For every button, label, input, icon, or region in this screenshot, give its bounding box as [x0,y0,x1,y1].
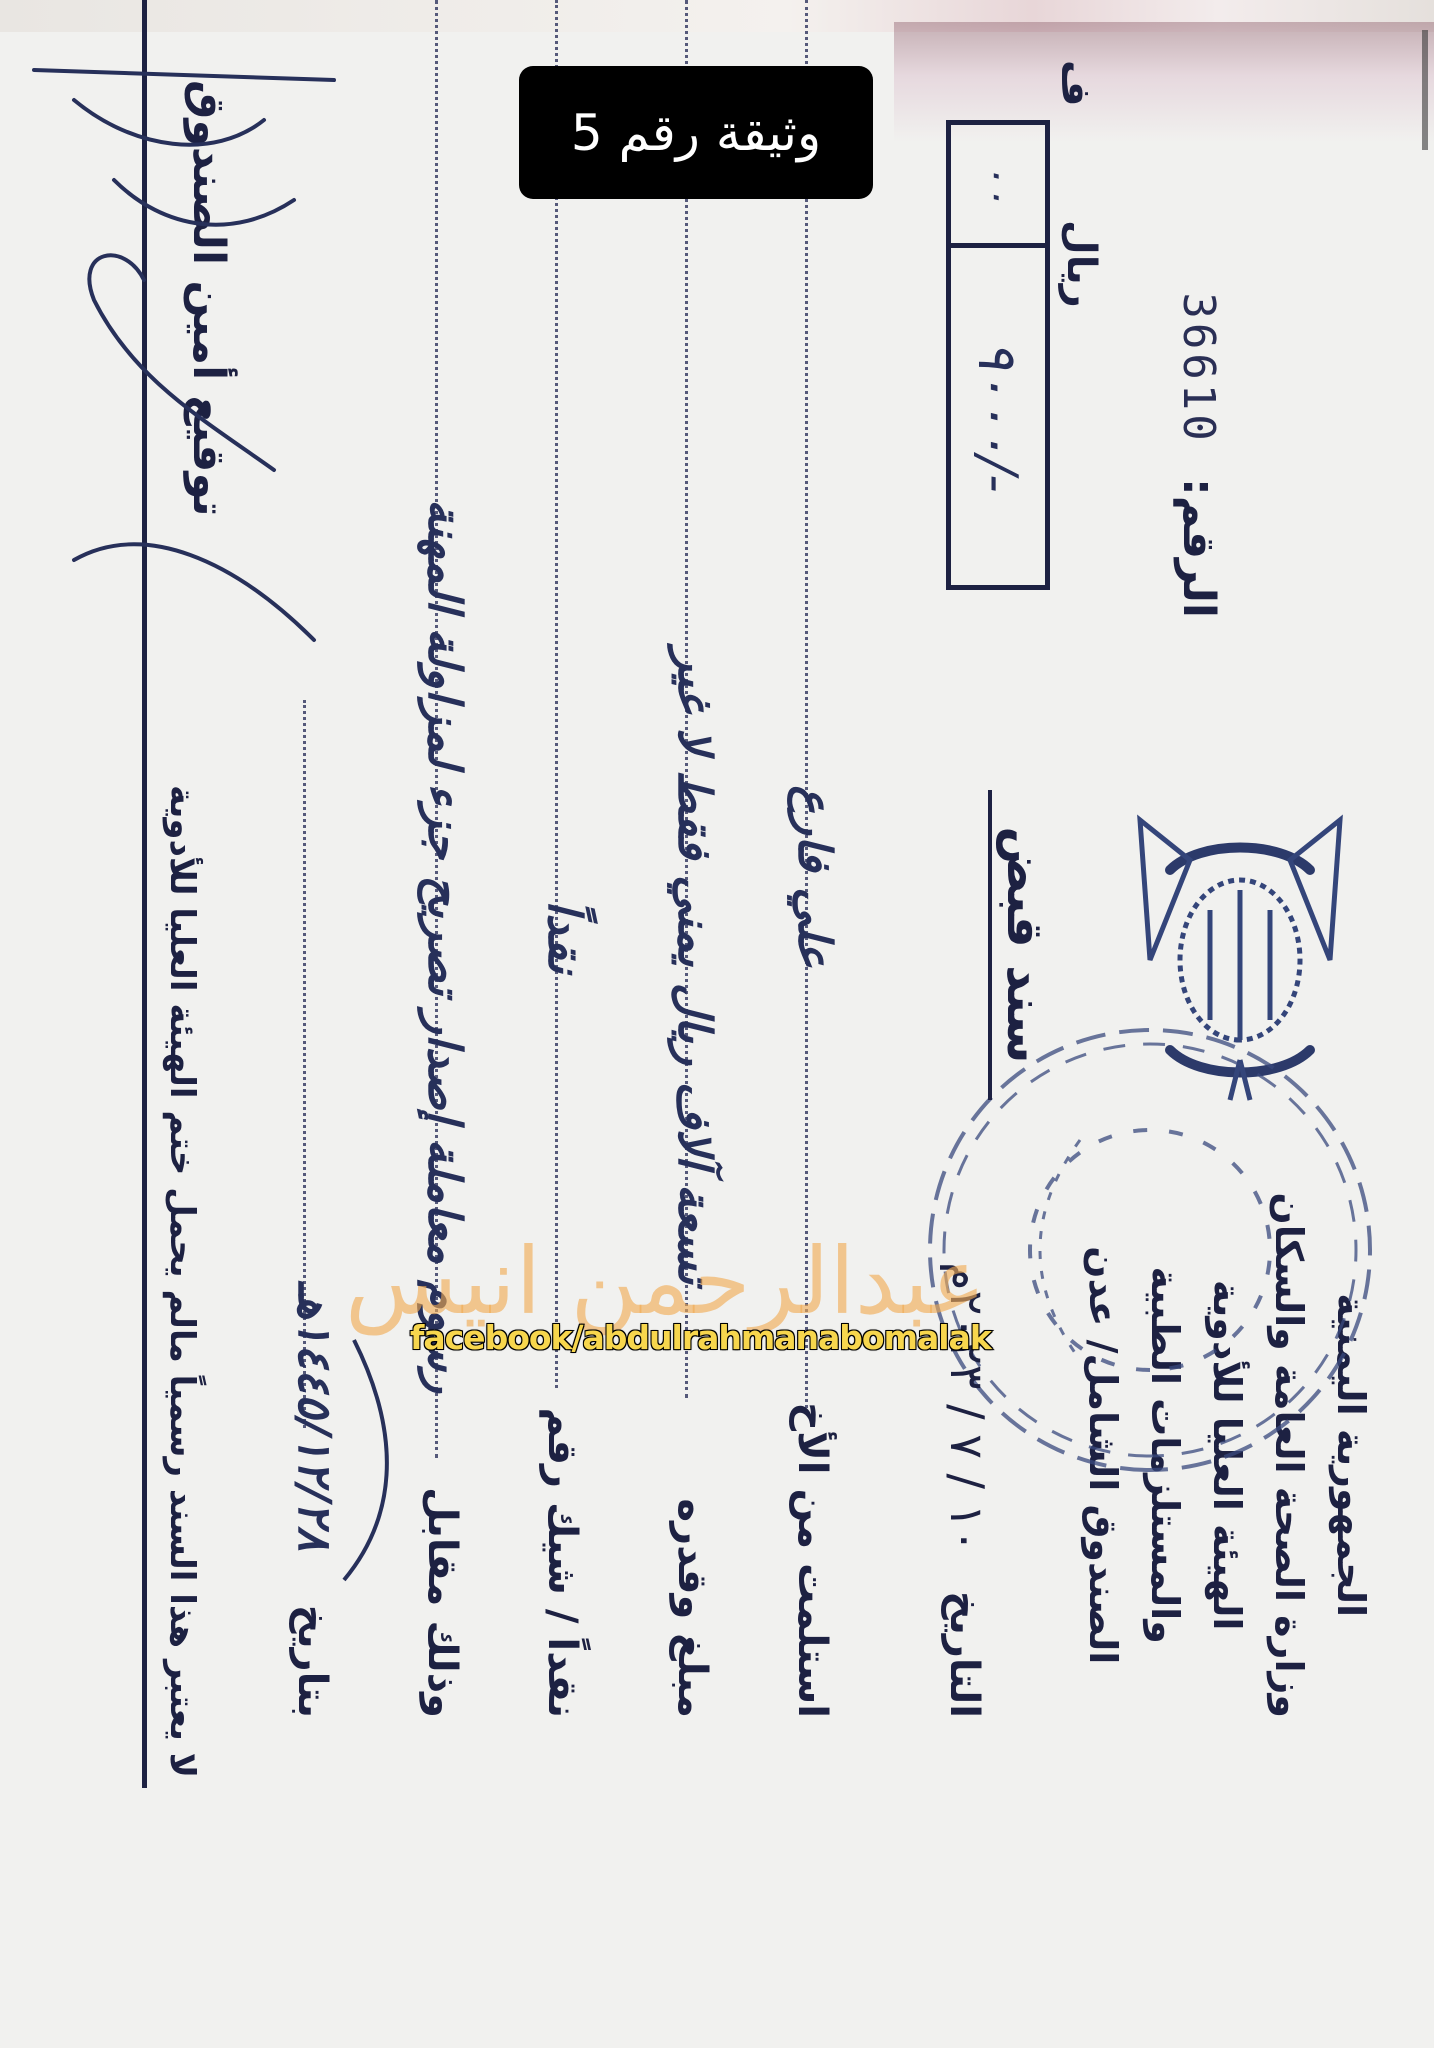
amount-words-field: مبلغ وقدره تسعة آلاف ريال يمني فقط لا غي… [668,649,722,1718]
receipt-number-value: 36610 [1173,292,1224,444]
receipt-voucher-document: الجمهورية اليمنية وزارة الصحة العامة وال… [0,0,1434,2048]
date-label: التاريخ [941,1591,987,1718]
payment-method-value: نقداً [538,901,592,974]
cashier-signature [24,0,354,700]
footer-notice: لا يعتبر هذا السند رسمياً مالم يحمل ختم … [162,785,202,1778]
amount-words-label: مبلغ وقدره [669,1499,715,1718]
rial-value: ٩٠٠٠/- [951,248,1045,585]
amount-words-value: تسعة آلاف ريال يمني فقط لا غير [668,649,722,1285]
received-from-value: علي فارع [788,786,842,969]
watermark-facebook-link: facebook/abdulrahmanabomalak [410,1318,991,1357]
document-title: سند قبض [988,790,1054,1100]
rial-label: ريال [1058,220,1104,308]
fils-label: ف [1053,60,1099,106]
purpose-label: وذلك مقابل [419,1487,465,1718]
payment-method-label: نقداً / شيك رقم [539,1407,585,1718]
receipt-number-label: الرقم: [1173,478,1224,618]
fils-value: ٠٠ [951,125,1045,248]
document-number-label: وثيقة رقم 5 [519,66,873,199]
amount-box: ٠٠ ٩٠٠٠/- [946,120,1050,590]
received-from-label: استلمت من الأخ [789,1402,835,1718]
receipt-number: الرقم: 36610 [1173,292,1224,618]
purpose-field: وذلك مقابل رسوم معاملة إصدار تصريح جزء ل… [418,499,472,1718]
